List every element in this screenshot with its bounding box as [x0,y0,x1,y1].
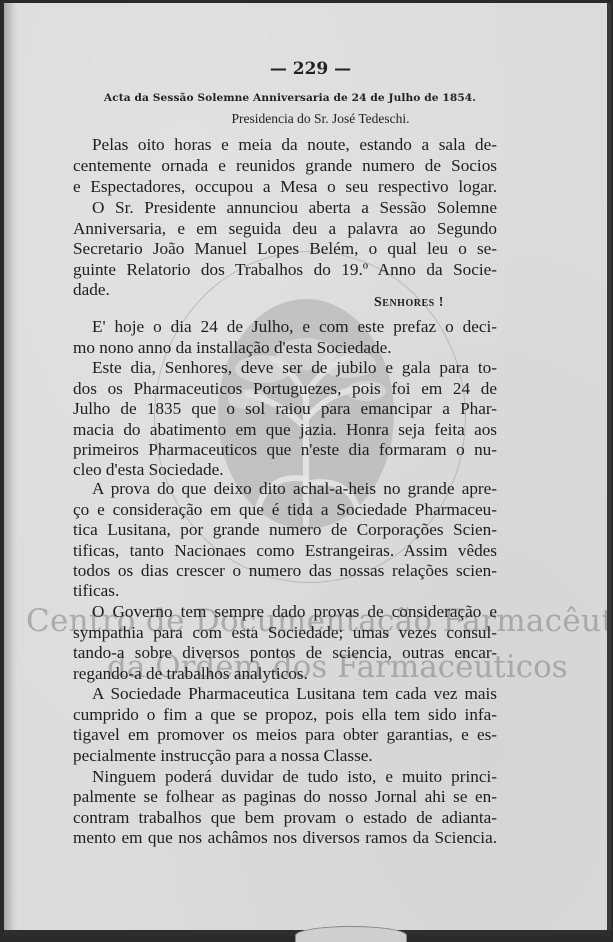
text-line: mo nono anno da installação d'esta Socie… [73,338,497,358]
text-line: Ninguem poderá duvidar de tudo isto, e m… [92,767,497,787]
text-line: regando-a de trabalhos analyticos. [73,664,497,684]
text-line: mento em que nos achâmos nos diversos ra… [73,828,497,848]
text-line: Julho de 1835 que o sol raiou para emanc… [73,399,497,419]
text-line: todos os dias crescer o numero das nossa… [73,561,497,581]
text-line: cleo d'esta Sociedade. [73,460,497,480]
text-line: pecialmente instrucção para a nossa Clas… [73,746,497,766]
text-line: A Sociedade Pharmaceutica Lusitana tem c… [92,684,497,704]
text-line: Anniversaria, e em seguida deu a palavra… [73,219,497,239]
text-line: primeiros Pharmaceuticos que n'este dia … [73,440,497,460]
scanned-page: Centro de Documentação Farmacêutica da O… [4,3,611,936]
text-line: sympathia para com esta Sociedade; umas … [73,623,497,643]
text-line: Pelas oito horas e meia da noute, estand… [92,135,497,155]
text-line: Secretario João Manuel Lopes Belém, o qu… [73,239,497,259]
text-line: macia do abatimento em que jazia. Honra … [73,420,497,440]
page-right-edge [607,3,611,936]
text-line: cumprido o fim a que se propoz, pois ell… [73,705,497,725]
text-line: dade. [73,280,497,300]
text-line: guinte Relatorio dos Trabalhos do 19.º A… [73,260,497,280]
text-line: tigavel em promover os meios para obter … [73,725,497,745]
text-line: centemente ornada e reunidos grande nume… [73,156,497,176]
text-line: O Sr. Presidente annunciou aberta a Sess… [92,198,497,218]
text-line: O Governo tem sempre dado provas de cons… [92,602,497,622]
library-sticker [295,926,407,942]
text-line: dos os Pharmaceuticos Portuguezes, pois … [73,379,497,399]
text-line: contram trabalhos que bem provam o estad… [73,808,497,828]
text-line: ço e consideração em que é tida a Socied… [73,500,497,520]
text-line: tando-a sobre diversos pontos de scienci… [73,643,497,663]
text-line: Este dia, Senhores, deve ser de jubilo e… [92,358,497,378]
document-title: Acta da Sessão Solemne Anniversaria de 2… [70,92,510,104]
text-line: e Espectadores, occupou a Mesa o seu res… [73,177,497,197]
text-line: A prova do que deixo dito achal-a-heis n… [92,479,497,499]
text-line: tica Lusitana, por grande numero de Corp… [73,520,497,540]
text-line: tificas. [73,581,497,601]
text-line: E' hoje o dia 24 de Julho, e com este pr… [92,317,497,337]
text-line: tificas, tanto Nacionaes como Estrangeir… [73,541,497,561]
page-number: — 229 — [4,59,611,79]
text-line: palmente se folhear as paginas do nosso … [73,787,497,807]
document-subtitle: Presidencia do Sr. José Tedeschi. [4,111,611,127]
book-spine-shadow [4,3,18,936]
